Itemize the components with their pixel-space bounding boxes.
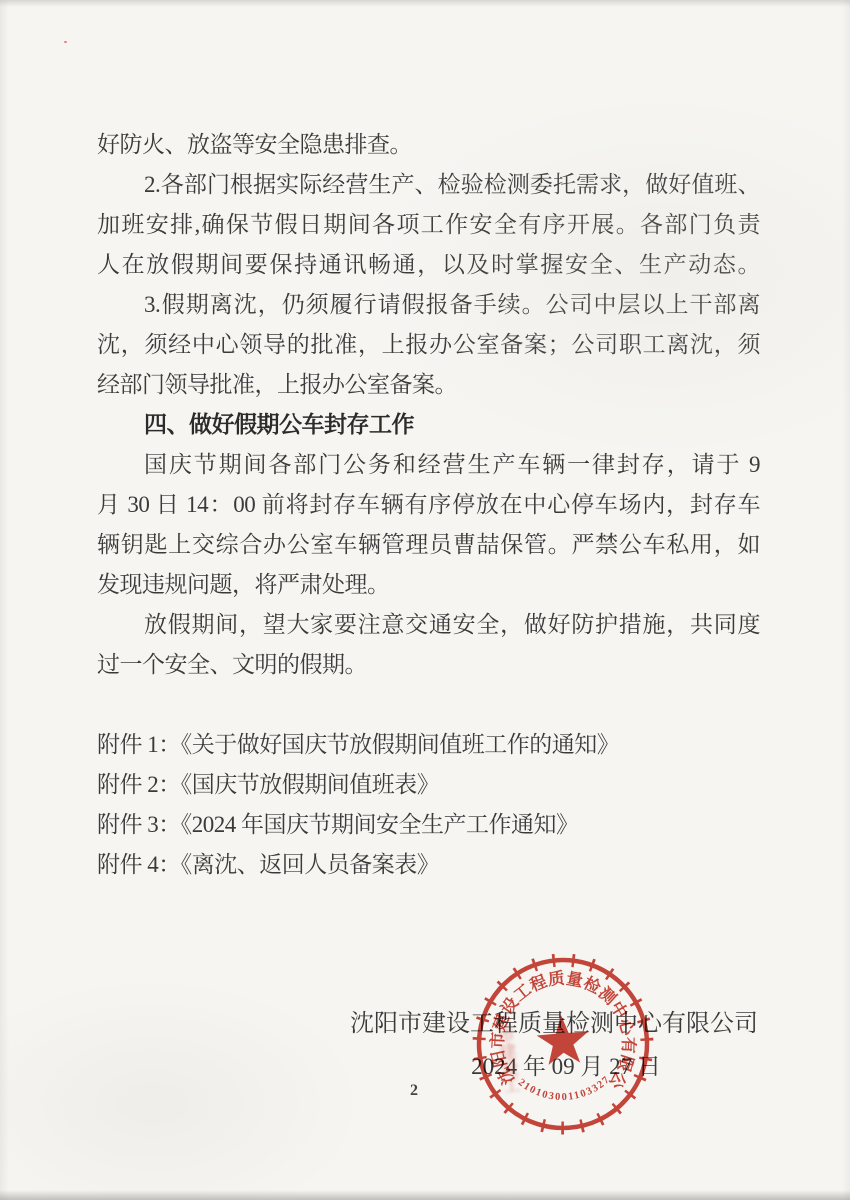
ink-speck	[64, 41, 67, 43]
body-line: 辆钥匙上交综合办公室车辆管理员曹喆保管。严禁公车私用，如	[97, 525, 760, 565]
body-line: 过一个安全、文明的假期。	[97, 645, 760, 685]
page-number: 2	[410, 1082, 418, 1100]
company-seal: 沈阳市建设工程质量检测中心有限公司 210103001103327	[462, 943, 665, 1146]
body-line: 国庆节期间各部门公务和经营生产车辆一律封存，请于 9	[97, 445, 760, 485]
body-line: 经部门领导批准，上报办公室备案。	[97, 365, 760, 405]
attachment-line: 附件 2：《国庆节放假期间值班表》	[97, 765, 760, 805]
body-line: 好防火、放盗等安全隐患排查。	[97, 125, 760, 165]
body-line: 月 30 日 14：00 前将封存车辆有序停放在中心停车场内，封存车	[97, 485, 760, 525]
notice-body: 好防火、放盗等安全隐患排查。2.各部门根据实际经营生产、检验检测委托需求，做好值…	[97, 125, 760, 685]
body-line: 沈，须经中心领导的批准，上报办公室备案；公司职工离沈，须	[97, 325, 760, 365]
attachment-line: 附件 4：《离沈、返回人员备案表》	[97, 845, 760, 885]
body-line: 加班安排,确保节假日期间各项工作安全有序开展。各部门负责	[97, 205, 760, 245]
body-line: 发现违规问题，将严肃处理。	[97, 565, 760, 605]
body-line: 2.各部门根据实际经营生产、检验检测委托需求，做好值班、	[97, 165, 760, 205]
attachment-line: 附件 3：《2024 年国庆节期间安全生产工作通知》	[97, 805, 760, 845]
body-line: 四、做好假期公车封存工作	[97, 405, 760, 445]
attachment-line: 附件 1：《关于做好国庆节放假期间值班工作的通知》	[97, 725, 760, 765]
body-line: 放假期间，望大家要注意交通安全，做好防护措施，共同度	[97, 605, 760, 645]
body-line: 人在放假期间要保持通讯畅通，以及时掌握安全、生产动态。	[97, 245, 760, 285]
seal-number: 210103001103327	[515, 1071, 614, 1107]
star-icon	[535, 1013, 590, 1065]
attachments-list: 附件 1：《关于做好国庆节放假期间值班工作的通知》附件 2：《国庆节放假期间值班…	[97, 725, 760, 885]
body-line: 3.假期离沈，仍须履行请假报备手续。公司中层以上干部离	[97, 285, 760, 325]
document-page: 好防火、放盗等安全隐患排查。2.各部门根据实际经营生产、检验检测委托需求，做好值…	[0, 0, 850, 1200]
